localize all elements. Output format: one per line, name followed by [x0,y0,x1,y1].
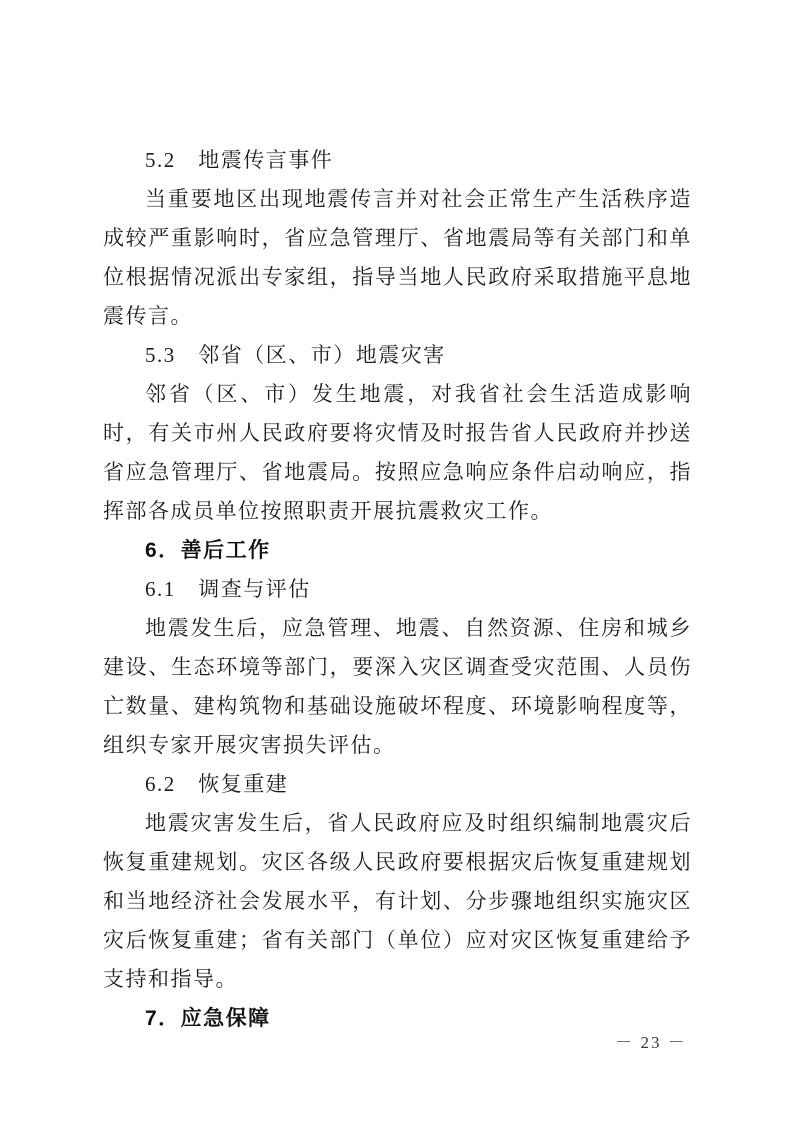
paragraph-survey-assessment: 地震发生后，应急管理、地震、自然资源、住房和城乡建设、生态环境等部门，要深入灾区… [103,609,692,765]
section-heading-6-2: 6.2 恢复重建 [103,765,692,804]
section-heading-5-3: 5.3 邻省（区、市）地震灾害 [103,336,692,375]
document-page: 5.2 地震传言事件 当重要地区出现地震传言并对社会正常生产生活秩序造成较严重影… [0,0,794,1122]
paragraph-recovery-reconstruction: 地震灾害发生后，省人民政府应及时组织编制地震灾后恢复重建规划。灾区各级人民政府要… [103,804,692,999]
chapter-heading-6: 6．善后工作 [103,531,692,570]
paragraph-earthquake-rumor: 当重要地区出现地震传言并对社会正常生产生活秩序造成较严重影响时，省应急管理厅、省… [103,180,692,336]
paragraph-neighbor-province-disaster: 邻省（区、市）发生地震，对我省社会生活造成影响时，有关市州人民政府要将灾情及时报… [103,375,692,531]
section-heading-6-1: 6.1 调查与评估 [103,570,692,609]
document-body: 5.2 地震传言事件 当重要地区出现地震传言并对社会正常生产生活秩序造成较严重影… [103,141,692,1038]
section-heading-5-2: 5.2 地震传言事件 [103,141,692,180]
page-number: － 23 － [596,1031,706,1055]
